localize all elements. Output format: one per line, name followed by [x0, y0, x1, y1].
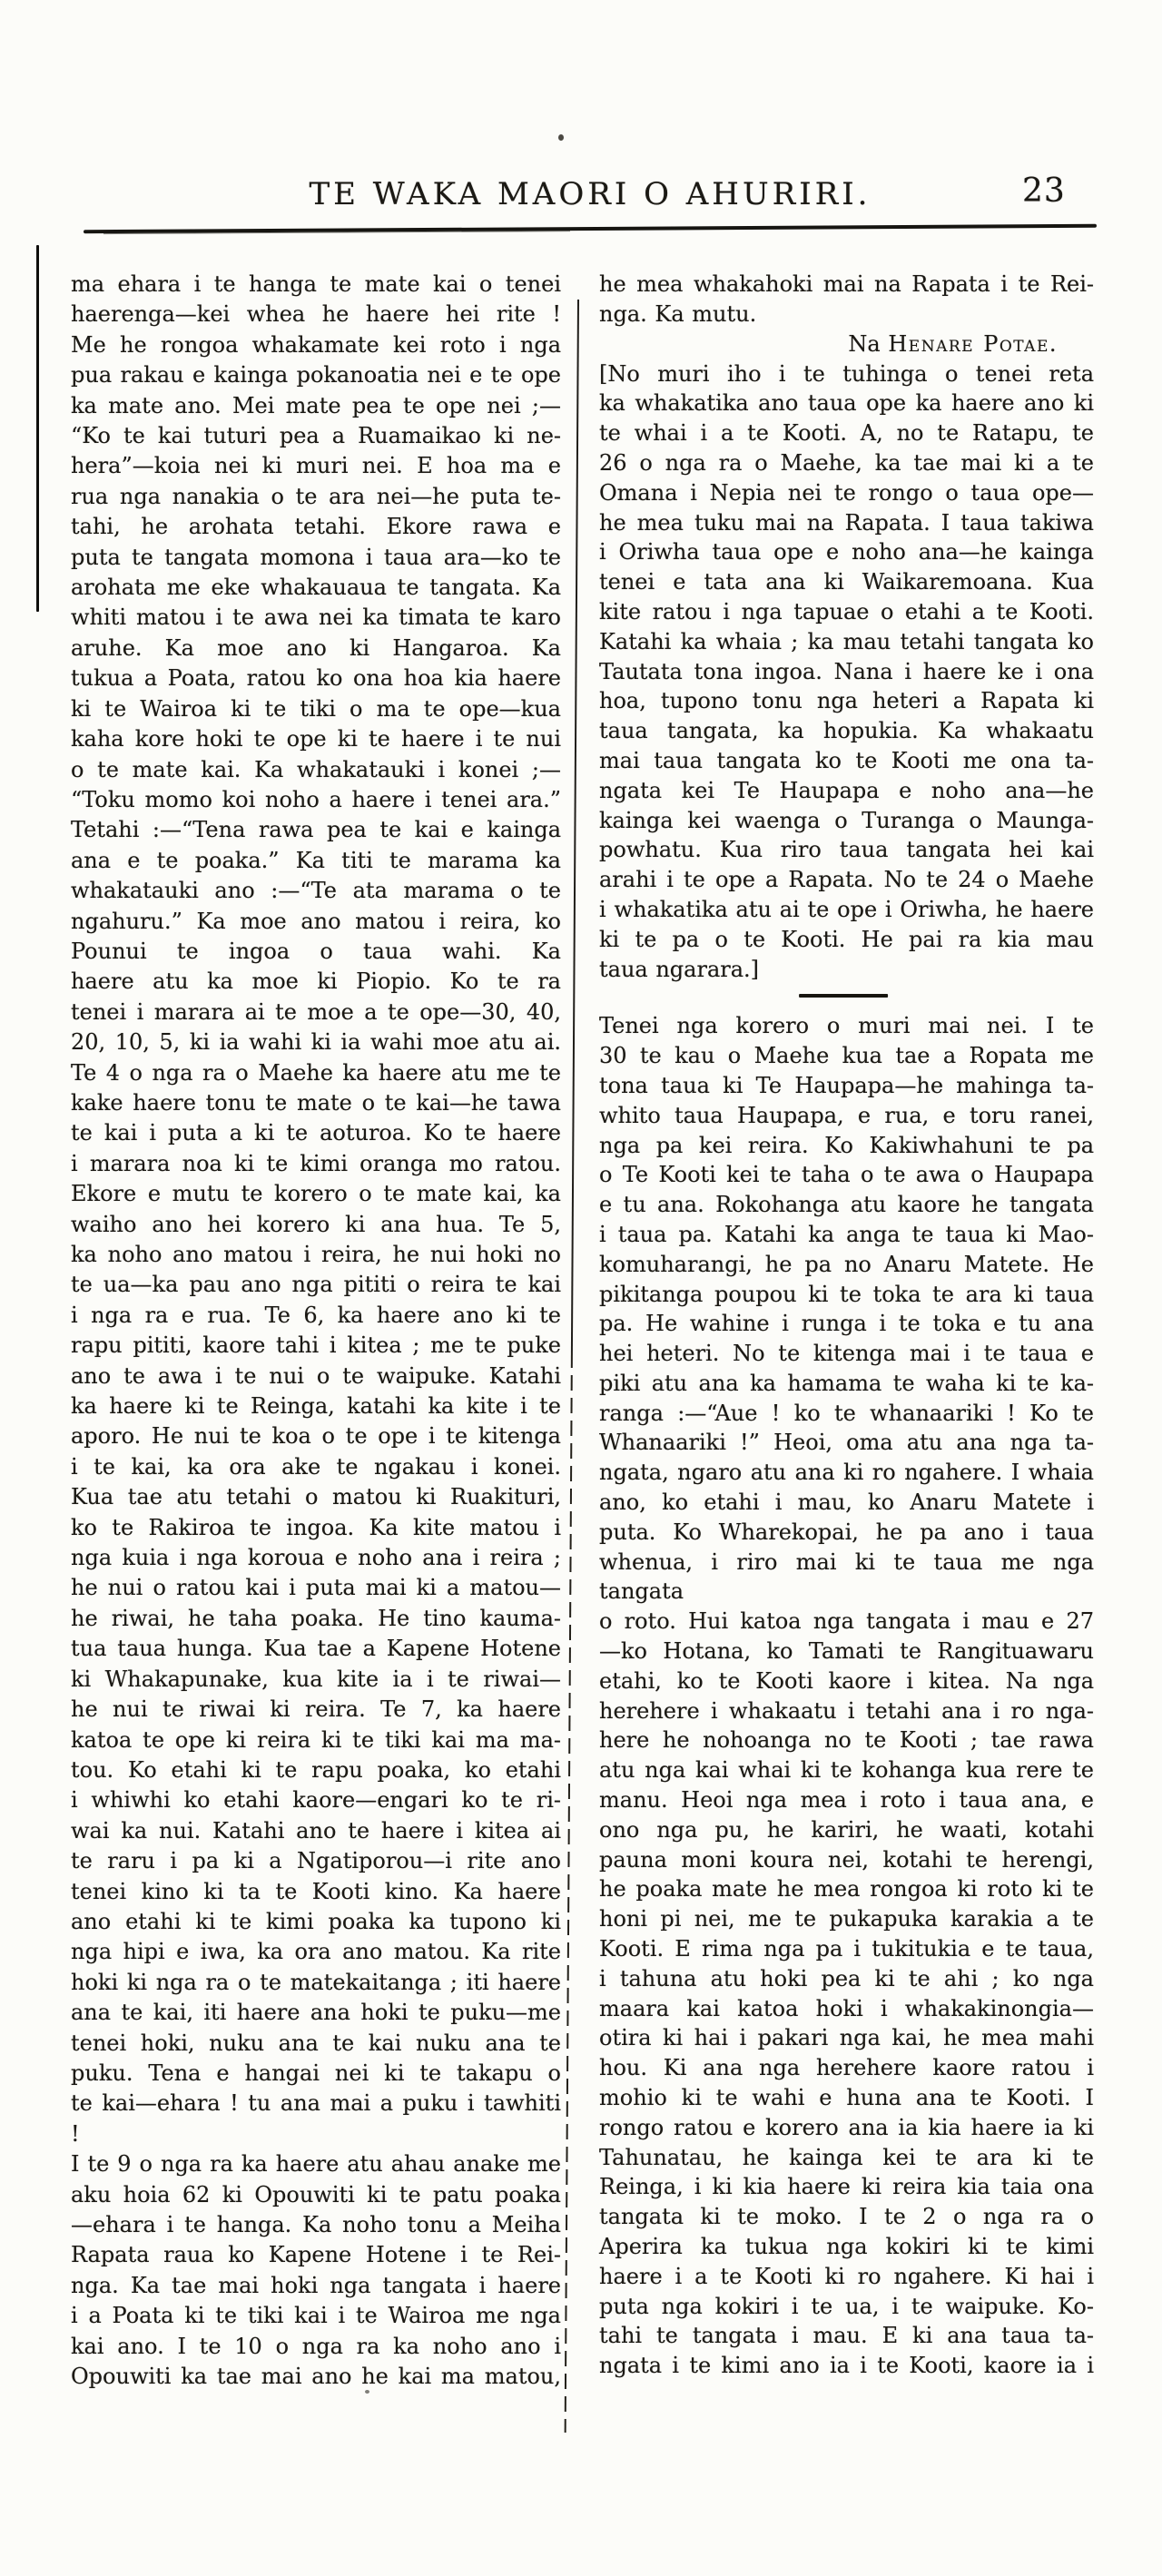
text-line: haere atu ka moe ki Piopio. Ko te ra: [71, 967, 561, 997]
text-line: —ko Hotana, ko Tamati te Rangituawaru: [599, 1637, 1094, 1667]
text-line: I te 9 o nga ra ka haere atu ahau anake …: [71, 2149, 561, 2179]
text-line: hera”—koia nei ki muri nei. E hoa ma e: [71, 451, 561, 481]
text-line: ano etahi ki te kimi poaka ka tupono ki: [71, 1907, 561, 1937]
text-line: pauna moni koura nei, kotahi te herengi,: [599, 1845, 1094, 1875]
text-line: honi pi nei, me te pukapuka karakia a te: [599, 1904, 1094, 1934]
text-line: i tahuna atu hoki pea ki te ahi ; ko nga: [599, 1964, 1094, 1994]
text-line: “Toku momo koi noho a haere i tenei ara.…: [71, 785, 561, 815]
text-line: powhatu. Kua riro taua tangata hei kai: [599, 835, 1094, 865]
text-line: manu. Heoi nga mea i roto i taua ana, e: [599, 1785, 1094, 1815]
text-line: mohio ki te wahi e huna ana te Kooti. I: [599, 2083, 1094, 2113]
text-line: tua taua hunga. Kua tae a Kapene Hotene: [71, 1634, 561, 1664]
separator-rule: [799, 994, 888, 998]
text-line: ngata, ngaro atu ana ki ro ngahere. I wh…: [599, 1458, 1094, 1488]
text-line: arahi i te ope a Rapata. No te 24 o Maeh…: [599, 865, 1094, 895]
text-line: kite ratou i nga tapuae o etahi a te Koo…: [599, 597, 1094, 627]
text-line: pua rakau e kainga pokanoatia nei e te o…: [71, 360, 561, 390]
text-line: hoa, tupono tonu nga heteri a Rapata ki: [599, 686, 1094, 716]
text-line: ki te pa o te Kooti. He pai ra kia mau: [599, 925, 1094, 955]
text-line: he mea whakahoki mai na Rapata i te Rei-: [599, 270, 1094, 300]
text-line: i marara noa ki te kimi oranga mo ratou.: [71, 1149, 561, 1179]
text-line: “Ko te kai tuturi pea a Ruamaikao ki ne-: [71, 421, 561, 451]
text-line: ana e te poaka.” Ka titi te marama ka: [71, 846, 561, 876]
text-line: hoki ki nga ra o te matekaitanga ; iti h…: [71, 1968, 561, 1998]
text-line: i Oriwha taua ope e noho ana—he kainga: [599, 537, 1094, 567]
text-line: tukua a Poata, ratou ko ona hoa kia haer…: [71, 664, 561, 693]
text-line: puku. Tena e hangai nei ki te takapu o: [71, 2059, 561, 2089]
text-line: piki atu ana ka hamama te waha ki te ka-: [599, 1369, 1094, 1399]
text-line: etahi, ko te Kooti kaore i kitea. Na nga: [599, 1667, 1094, 1696]
editor-note-paragraph: [No muri iho i te tuhinga o tenei retaka…: [599, 359, 1094, 985]
text-line: puta. Ko Wharekopai, he pa ano i taua: [599, 1518, 1094, 1548]
text-line: hei heteri. No te kitenga mai i te taua …: [599, 1339, 1094, 1369]
text-line: kaha kore hoki te ope ki te haere i te n…: [71, 724, 561, 754]
text-line: nga kuia i nga koroua e noho ana i reira…: [71, 1543, 561, 1573]
text-line: Katahi ka whaia ; ka mau tetahi tangata …: [599, 627, 1094, 657]
column-divider-rule: [565, 300, 579, 2433]
right-column: he mea whakahoki mai na Rapata i te Rei-…: [599, 270, 1094, 2381]
text-line: i whakatika atu ai te ope i Oriwha, he h…: [599, 895, 1094, 925]
text-line: Aperira ka tukua nga kokiri ki te kimi: [599, 2232, 1094, 2262]
text-line: tahi, he arohata tetahi. Ekore rawa e: [71, 512, 561, 542]
text-line: ka haere ki te Reinga, katahi ka kite i …: [71, 1391, 561, 1421]
text-line: ka mate ano. Mei mate pea te ope nei ;—: [71, 391, 561, 421]
text-line: pa. He wahine i runga i te toka e tu ana: [599, 1309, 1094, 1339]
text-line: ranga :—“Aue ! ko te whanaariki ! Ko te: [599, 1399, 1094, 1429]
text-line: Tautata tona ingoa. Nana i haere ke i on…: [599, 657, 1094, 687]
newspaper-page: TE WAKA MAORI O AHURIRI. 23 ma ehara i t…: [0, 0, 1162, 2576]
text-line: tenei i marara ai te moe a te ope—30, 40…: [71, 998, 561, 1027]
text-line: tahi te tangata i mau. E ki ana taua ta-: [599, 2321, 1094, 2351]
text-line: nga. Ka mutu.: [599, 300, 1094, 329]
text-line: te raru i pa ki a Ngatiporou—i rite ano: [71, 1846, 561, 1876]
text-line: tou. Ko etahi ki te rapu poaka, ko etahi: [71, 1755, 561, 1785]
text-line: Te 4 o nga ra o Maehe ka haere atu me te: [71, 1058, 561, 1088]
divider-solid-segment: [571, 300, 579, 1352]
text-line: Whanaariki !” Heoi, oma atu ana nga ta-: [599, 1428, 1094, 1458]
text-line: tona taua ki Te Haupapa—he mahinga ta-: [599, 1071, 1094, 1101]
text-line: ma ehara i te hanga te mate kai o tenei: [71, 270, 561, 300]
divider-dashed-segment: [565, 1352, 573, 2433]
text-line: ka whakatika ano taua ope ka haere ano k…: [599, 388, 1094, 418]
text-line: Tenei nga korero o muri mai nei. I te: [599, 1011, 1094, 1041]
text-line: tenei kino ki ta te Kooti kino. Ka haere: [71, 1877, 561, 1907]
signature-name: Henare Potae.: [888, 331, 1058, 357]
text-line: te ua—ka pau ano nga pititi o reira te k…: [71, 1270, 561, 1300]
text-line: puta nga kokiri i te ua, i te waipuke. K…: [599, 2292, 1094, 2322]
text-line: Tahunatau, he kainga kei te ara ki te: [599, 2143, 1094, 2173]
text-line: rongo ratou e korero ana ia kia haere ia…: [599, 2113, 1094, 2143]
text-line: waiho ano hei korero ki ana hua. Te 5,: [71, 1210, 561, 1240]
text-line: aporo. He nui te koa o te ope i te kiten…: [71, 1421, 561, 1451]
text-line: aruhe. Ka moe ano ki Hangaroa. Ka: [71, 634, 561, 664]
letter-signature: Na Henare Potae.: [599, 329, 1094, 359]
text-line: kake haere tonu te mate o te kai—he tawa: [71, 1088, 561, 1118]
text-line: ana te kai, iti haere ana hoki te puku—m…: [71, 1998, 561, 2028]
text-line: mai taua tangata ko te Kooti me ona ta-: [599, 746, 1094, 776]
letter-closing-paragraph: he mea whakahoki mai na Rapata i te Rei-…: [599, 270, 1094, 329]
text-line: Opouwiti ka tae mai ano he kai ma matou,: [71, 2362, 561, 2392]
text-line: nga pa kei reira. Ko Kakiwhahuni te pa: [599, 1131, 1094, 1161]
section-separator: [599, 984, 1094, 1011]
text-line: ko te Rakiroa te ingoa. Ka kite matou i: [71, 1513, 561, 1543]
text-line: rapu pititi, kaore tahi i kitea ; me te …: [71, 1331, 561, 1361]
report-paragraph: Tenei nga korero o muri mai nei. I te30 …: [599, 1011, 1094, 2381]
text-line: nga hipi e iwa, ka ora ano matou. Ka rit…: [71, 1937, 561, 1967]
text-line: nga. Ka tae mai hoki nga tangata i haere: [71, 2271, 561, 2301]
text-line: hou. Ki ana nga herehere kaore ratou i: [599, 2053, 1094, 2083]
text-line: kai ano. I te 10 o nga ra ka noho ano i: [71, 2332, 561, 2362]
text-line: taua ngarara.]: [599, 955, 1094, 985]
text-line: arohata me eke whakauaua te tangata. Ka: [71, 573, 561, 603]
text-line: whakatauki ano :—“Te ata marama o te: [71, 876, 561, 906]
text-line: taua tangata, ka hopukia. Ka whakaatu: [599, 716, 1094, 746]
text-line: atu nga kai whai ki te kohanga kua rere …: [599, 1755, 1094, 1785]
text-line: 20, 10, 5, ki ia wahi ki ia wahi moe atu…: [71, 1027, 561, 1057]
text-line: he nui o ratou kai i puta mai ki a matou…: [71, 1573, 561, 1603]
text-line: ano te awa i te nui o te waipuke. Katahi: [71, 1362, 561, 1391]
text-line: Omana i Nepia nei te rongo o taua ope—: [599, 478, 1094, 508]
text-line: otira ki hai i pakari nga kai, he mea ma…: [599, 2023, 1094, 2053]
text-line: Tetahi :—“Tena rawa pea te kai e kainga: [71, 815, 561, 845]
text-line: ki Whakapunake, kua kite ia i te riwai—: [71, 1665, 561, 1695]
text-line: te kai—ehara ! tu ana mai a puku i tawhi…: [71, 2089, 561, 2149]
text-line: [No muri iho i te tuhinga o tenei reta: [599, 359, 1094, 389]
scan-edge-artifact: [36, 245, 39, 612]
text-line: he poaka mate he mea rongoa ki roto ki t…: [599, 1874, 1094, 1904]
text-line: tangata ki te moko. I te 2 o nga ra o: [599, 2202, 1094, 2232]
text-line: haere i a te Kooti ki ro ngahere. Ki hai…: [599, 2262, 1094, 2292]
text-line: o te mate kai. Ka whakatauki i konei ;—: [71, 755, 561, 785]
text-line: puta te tangata momona i taua ara—ko te: [71, 543, 561, 573]
text-line: 26 o nga ra o Maehe, ka tae mai ki a te: [599, 448, 1094, 478]
text-line: wai ka nui. Katahi ano te haere i kitea …: [71, 1816, 561, 1846]
text-line: whiti matou i te awa nei ka timata te ka…: [71, 603, 561, 633]
text-line: rua nga nanakia o te ara nei—he puta te-: [71, 482, 561, 512]
text-line: —ehara i te hanga. Ka noho tonu a Meiha: [71, 2210, 561, 2240]
text-line: Me he rongoa whakamate kei roto i nga: [71, 330, 561, 360]
text-line: ngahuru.” Ka moe ano matou i reira, ko: [71, 907, 561, 937]
text-line: ki te Wairoa ki te tiki o ma te ope—kua: [71, 694, 561, 724]
text-line: ono nga pu, he kariri, he waati, kotahi: [599, 1815, 1094, 1845]
text-line: 30 te kau o Maehe kua tae a Ropata me: [599, 1041, 1094, 1071]
text-line: o Te Kooti kei te taha o te awa o Haupap…: [599, 1160, 1094, 1190]
text-line: he mea tuku mai na Rapata. I taua takiwa: [599, 508, 1094, 538]
text-line: i taua pa. Katahi ka anga te taua ki Mao…: [599, 1220, 1094, 1250]
text-line: katoa te ope ki reira ki te tiki kai ma …: [71, 1726, 561, 1755]
page-title: TE WAKA MAORI O AHURIRI.: [86, 176, 1094, 212]
text-line: aku hoia 62 ki Opouwiti ki te patu poaka: [71, 2180, 561, 2210]
text-line: komuharangi, he pa no Anaru Matete. He: [599, 1250, 1094, 1280]
text-line: kainga kei waenga o Turanga o Maunga-: [599, 806, 1094, 836]
text-line: ano, ko etahi i mau, ko Anaru Matete i: [599, 1488, 1094, 1518]
text-line: Ekore e mutu te korero o te mate kai, ka: [71, 1179, 561, 1209]
text-line: tenei e tata ana ki Waikaremoana. Kua: [599, 567, 1094, 597]
text-line: whito taua Haupapa, e rua, e toru ranei,: [599, 1101, 1094, 1131]
text-line: he nui te riwai ki reira. Te 7, ka haere: [71, 1695, 561, 1725]
text-line: i whiwhi ko etahi kaore—engari ko te ri-: [71, 1785, 561, 1815]
text-line: i a Poata ki te tiki kai i te Wairoa me …: [71, 2301, 561, 2331]
text-line: i te kai, ka ora ake te ngakau i konei.: [71, 1452, 561, 1482]
text-line: Kooti. E rima nga pa i tukitukia e te ta…: [599, 1934, 1094, 1964]
left-column: ma ehara i te hanga te mate kai o teneih…: [71, 270, 561, 2392]
text-line: o roto. Hui katoa nga tangata i mau e 27: [599, 1607, 1094, 1637]
text-line: Pounui te ingoa o taua wahi. Ka: [71, 937, 561, 967]
scan-speck: [558, 134, 564, 141]
text-line: te kai i puta a ki te aoturoa. Ko te hae…: [71, 1118, 561, 1148]
header-rule: [84, 224, 1097, 233]
text-line: ka noho ano matou i reira, he nui hoki n…: [71, 1240, 561, 1270]
text-line: te whai i a te Kooti. A, no te Ratapu, t…: [599, 418, 1094, 448]
text-line: here he nohoanga no te Kooti ; tae rawa: [599, 1726, 1094, 1755]
text-line: Reinga, i ki kia haere ki reira kia taia…: [599, 2172, 1094, 2202]
text-line: whenua, i riro mai ki te taua me nga tan…: [599, 1548, 1094, 1608]
signature-prefix: Na: [848, 331, 880, 357]
text-line: ngata kei Te Haupapa e noho ana—he: [599, 776, 1094, 806]
text-line: Rapata raua ko Kapene Hotene i te Rei-: [71, 2240, 561, 2270]
page-number: 23: [1022, 172, 1066, 210]
text-line: herehere i whakaatu i tetahi ana i ro ng…: [599, 1696, 1094, 1726]
text-line: haerenga—kei whea he haere hei rite !: [71, 300, 561, 329]
text-line: Kua tae atu tetahi o matou ki Ruakituri,: [71, 1482, 561, 1512]
text-line: ngata i te kimi ano ia i te Kooti, kaore…: [599, 2351, 1094, 2381]
text-line: he riwai, he taha poaka. He tino kauma-: [71, 1604, 561, 1634]
text-line: tenei hoki, nuku ana te kai nuku ana te: [71, 2029, 561, 2059]
text-line: maara kai katoa hoki i whakakinongia—: [599, 1994, 1094, 2024]
text-line: pikitanga poupou ki te toka te ara ki ta…: [599, 1280, 1094, 1310]
text-line: e tu ana. Rokohanga atu kaore he tangata: [599, 1190, 1094, 1220]
text-line: i nga ra e rua. Te 6, ka haere ano ki te: [71, 1301, 561, 1331]
